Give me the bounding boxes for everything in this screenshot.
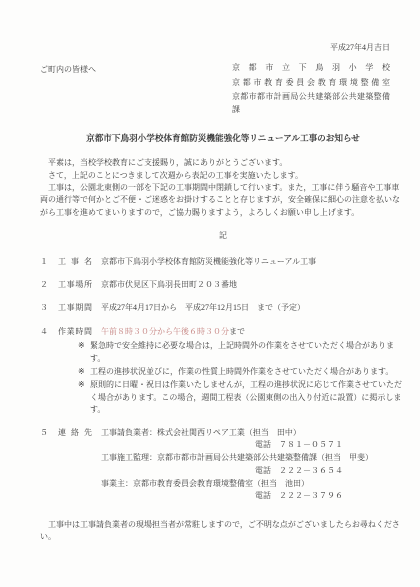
item-construction-name: １ 工事名 京都市下鳥羽小学校体育館防災機能強化等リニューアル工事 — [40, 256, 406, 268]
work-hours-notes: ※ 緊急時で安全維持に必要な場合は，上記時間外の作業をさせていただく場合がありま… — [40, 340, 406, 416]
header-row: ご町内の皆様へ 京都市立下鳥羽小学校 京都市教育委員会教育環境整備室 京都市都市… — [40, 62, 406, 118]
record-mark: 記 — [40, 230, 406, 242]
item-number: ４ — [40, 326, 58, 338]
work-hours-highlight: 午前８時３０分から午後６時３０分 — [101, 327, 229, 336]
item-number: １ — [40, 256, 58, 268]
sender-school: 京都市立下鳥羽小学校 — [232, 62, 390, 74]
item-number: ３ — [40, 302, 58, 314]
item-label: 工事期間 — [58, 302, 92, 314]
body-paragraph: 工事は，公園北東側の一部を下記の工事期間中閉鎖して行います。また，工事に伴う騒音… — [40, 182, 406, 219]
item-label: 工事名 — [58, 256, 92, 268]
item-work-hours: ４ 作業時間 午前８時３０分から午後６時３０分まで — [40, 326, 406, 338]
contact-contractor: 工事請負業者：株式会社関西リペア工業（担当 田中） 電話 ７８１－０５７１ — [101, 427, 406, 452]
note-emergency: ※ 緊急時で安全維持に必要な場合は，上記時間外の作業をさせていただく場合がありま… — [78, 340, 406, 365]
item-construction-period: ３ 工事期間 平成27年4月17日から 平成27年12月15日 まで（予定） — [40, 302, 406, 314]
note-text: 原則的に日曜・祝日は作業いたしませんが，工程の進捗状況に応じて作業させていただく… — [90, 379, 406, 416]
note-overtime: ※ 工程の進捗状況並びに，作業の性質上時間外作業をさせていただく場合があります。 — [78, 366, 406, 378]
greeting-paragraph: 平素は，当校学校教育にご支援賜り，誠にありがとうございます。 — [40, 157, 406, 169]
contact-phone: 電話 ７８１－０５７１ — [255, 439, 406, 451]
item-number: ５ — [40, 427, 58, 504]
item-value: 京都市下鳥羽小学校体育館防災機能強化等リニューアル工事 — [101, 256, 406, 268]
contact-role: 事業主：京都市教育委員会教育環境整備室（担当 池田） — [101, 478, 406, 490]
note-mark: ※ — [78, 366, 90, 378]
item-value: 京都市伏見区下鳥羽長田町２０３番地 — [101, 279, 406, 291]
contact-role: 工事請負業者：株式会社関西リペア工業（担当 田中） — [101, 427, 406, 439]
contact-owner: 事業主：京都市教育委員会教育環境整備室（担当 池田） 電話 ２２２－３７９６ — [101, 478, 406, 503]
contact-supervisor: 工事施工監理：京都市都市計画局公共建築部公共建築整備課（担当 甲斐） 電話 ２２… — [101, 452, 406, 477]
intro-paragraph: さて，上記のことにつきまして次週から表記の工事を実施いたします。 — [40, 170, 406, 182]
contact-role: 工事施工監理：京都市都市計画局公共建築部公共建築整備課（担当 甲斐） — [101, 452, 406, 464]
item-label: 連絡先 — [58, 427, 92, 504]
document-date: 平成27年4月吉日 — [40, 42, 406, 54]
note-text: 緊急時で安全維持に必要な場合は，上記時間外の作業をさせていただく場合があります。 — [90, 340, 406, 365]
item-label: 作業時間 — [58, 326, 92, 338]
sender-block: 京都市立下鳥羽小学校 京都市教育委員会教育環境整備室 京都市都市計画局公共建築部… — [232, 62, 406, 118]
note-mark: ※ — [78, 340, 90, 365]
contact-phone: 電話 ２２２－３７９６ — [255, 490, 406, 502]
item-contacts: ５ 連絡先 工事請負業者：株式会社関西リペア工業（担当 田中） 電話 ７８１－０… — [40, 427, 406, 504]
contact-list: 工事請負業者：株式会社関西リペア工業（担当 田中） 電話 ７８１－０５７１ 工事… — [101, 427, 406, 504]
sender-board-of-education: 京都市教育委員会教育環境整備室 — [232, 77, 390, 89]
contact-phone: 電話 ２２２－３６５４ — [255, 465, 406, 477]
note-holidays: ※ 原則的に日曜・祝日は作業いたしませんが，工程の進捗状況に応じて作業させていた… — [78, 379, 406, 416]
item-value: 午前８時３０分から午後６時３０分まで — [101, 326, 406, 338]
note-mark: ※ — [78, 379, 90, 416]
item-label: 工事場所 — [58, 279, 92, 291]
item-construction-site: ２ 工事場所 京都市伏見区下鳥羽長田町２０３番地 — [40, 279, 406, 291]
sender-city-planning-bureau: 京都市都市計画局公共建築部公共建築整備課 — [232, 91, 390, 116]
document-title: 京都市下鳥羽小学校体育館防災機能強化等リニューアル工事のお知らせ — [40, 132, 406, 145]
notice-document: 平成27年4月吉日 ご町内の皆様へ 京都市立下鳥羽小学校 京都市教育委員会教育環… — [0, 0, 420, 587]
item-value: 平成27年4月17日から 平成27年12月15日 まで（予定） — [101, 302, 406, 314]
footer-note: 工事中は工事請負業者の現場担当者が常駐しますので，ご不明な点がございましたらお尋… — [40, 519, 406, 544]
note-text: 工程の進捗状況並びに，作業の性質上時間外作業をさせていただく場合があります。 — [90, 366, 406, 378]
item-number: ２ — [40, 279, 58, 291]
addressee: ご町内の皆様へ — [40, 64, 96, 76]
work-hours-suffix: まで — [229, 327, 245, 336]
